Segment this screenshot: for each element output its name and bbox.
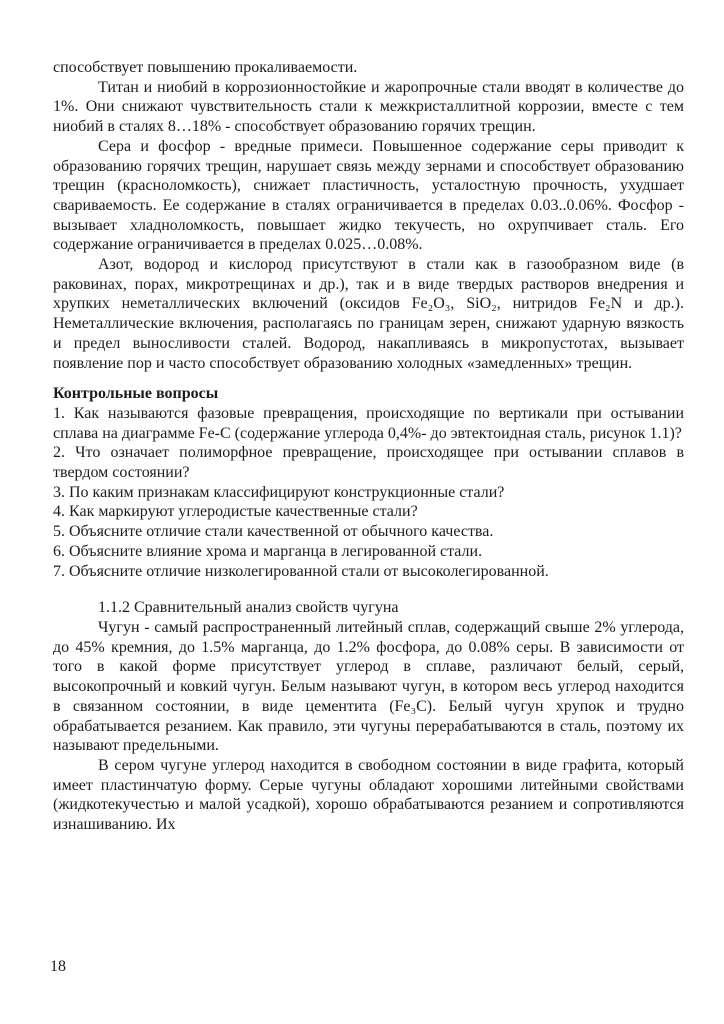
document-text: способствует повышению прокаливаемости. … — [53, 58, 684, 835]
question-item-6: 6. Объясните влияние хрома и марганца в … — [53, 542, 684, 562]
paragraph-titanium-niobium: Титан и ниобий в коррозионностойкие и жа… — [53, 78, 684, 137]
question-item-7: 7. Объясните отличие низколегированной с… — [53, 562, 684, 582]
question-item-1: 1. Как называются фазовые превращения, п… — [53, 404, 684, 443]
question-item-2: 2. Что означает полиморфное превращение,… — [53, 443, 684, 482]
paragraph-nitrogen-hydrogen-oxygen: Азот, водород и кислород присутствуют в … — [53, 255, 684, 373]
document-page: способствует повышению прокаливаемости. … — [0, 0, 724, 1024]
page-number: 18 — [50, 957, 66, 977]
paragraph-continuation: способствует повышению прокаливаемости. — [53, 58, 684, 78]
question-item-5: 5. Объясните отличие стали качественной … — [53, 522, 684, 542]
section-heading-cast-iron: 1.1.2 Сравнительный анализ свойств чугун… — [53, 598, 684, 618]
paragraph-cast-iron-overview: Чугун - самый распространенный литейный … — [53, 618, 684, 756]
question-item-3: 3. По каким признакам классифицируют кон… — [53, 483, 684, 503]
question-item-4: 4. Как маркируют углеродистые качественн… — [53, 502, 684, 522]
control-questions-heading: Контрольные вопросы — [53, 384, 684, 404]
paragraph-sulfur-phosphorus: Сера и фосфор - вредные примеси. Повышен… — [53, 137, 684, 255]
paragraph-gray-cast-iron: В сером чугуне углерод находится в свобо… — [53, 756, 684, 835]
